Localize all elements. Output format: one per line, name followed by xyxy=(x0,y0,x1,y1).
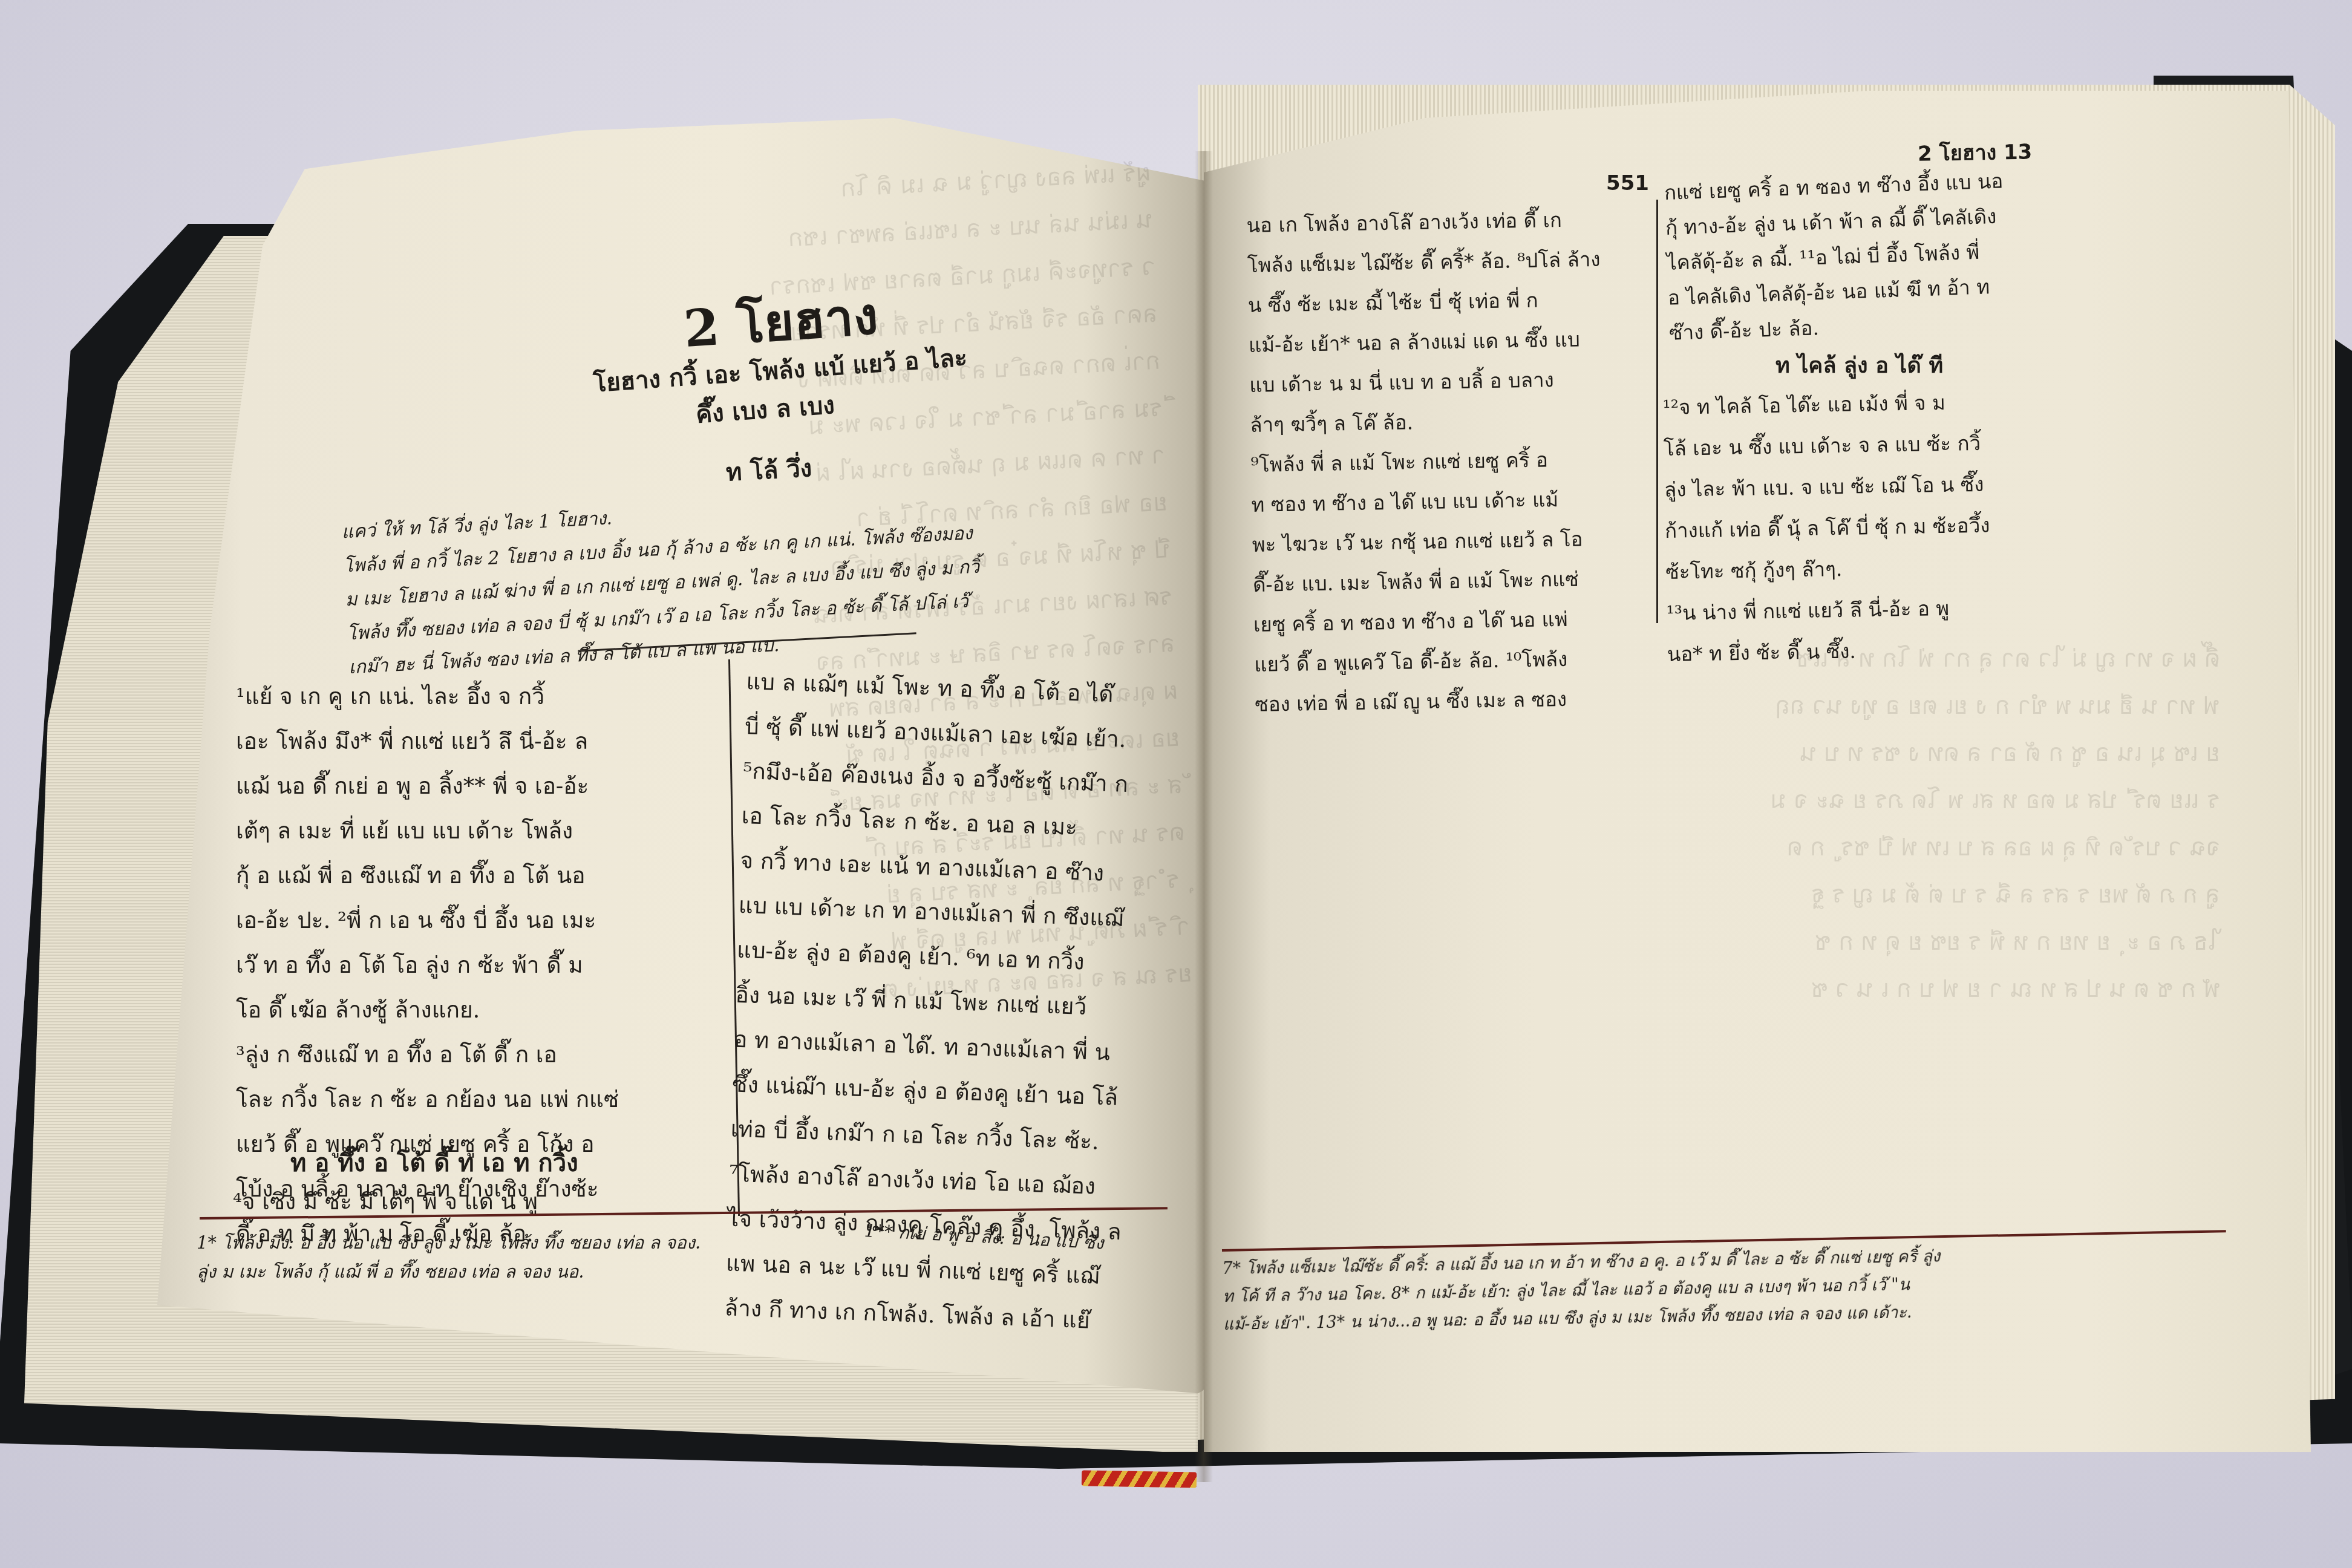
book-introduction: แคว่ ให้ ท โล้ วึ่ง ลู่ง ไละ 1 โยฮาง. โพ… xyxy=(341,483,984,685)
left-footnote-1: 1* โพล้ง มึง: อ อึ้ง นอ แบ ซึง ลู่ง ม เม… xyxy=(197,1228,701,1286)
right-page-column-1: นอ เก โพล้ง อางโล๊ อางเว้ง เท่อ ดี๊ เก โ… xyxy=(1246,200,1609,725)
right-page-footnotes: 7* โพล้ง แซ็เมะ ไฌ๊ซ้ะ ดี๊ คริ้: ล แฌ้ อ… xyxy=(1222,1243,1941,1339)
bookmark-ribbon[interactable] xyxy=(1082,1470,1197,1488)
right-column-section-heading: ท ไคล้ ลู่ง อ ได๊ ที xyxy=(1775,348,1943,382)
right-page-column-2-body: ¹²จ ท ไคล้ โอ ได๊ะ แอ เม้ง พี่ จ ม โล้ เ… xyxy=(1662,382,1993,675)
book-gutter xyxy=(1195,151,1213,1482)
intro-section-heading: ท โล้ วึ่ง xyxy=(725,448,812,491)
right-page-column-divider xyxy=(1656,200,1658,623)
photo-scene: ผูร้ แพ่ ลอง ญาวู่ ม ฉ เม คิ โก น เม่น น… xyxy=(0,0,2352,1568)
column-1-section-heading: ท อ ทึ๊ง อ โต้ ดี๊ ท เอ ท กวิ้ง xyxy=(290,1143,578,1182)
page-number: 551 xyxy=(1606,171,1649,195)
right-page-column-2: กแซ่ เยซู คริ้ อ ท ซอง ท ซ๊าง อึ้ง แบ นอ… xyxy=(1664,163,2008,350)
